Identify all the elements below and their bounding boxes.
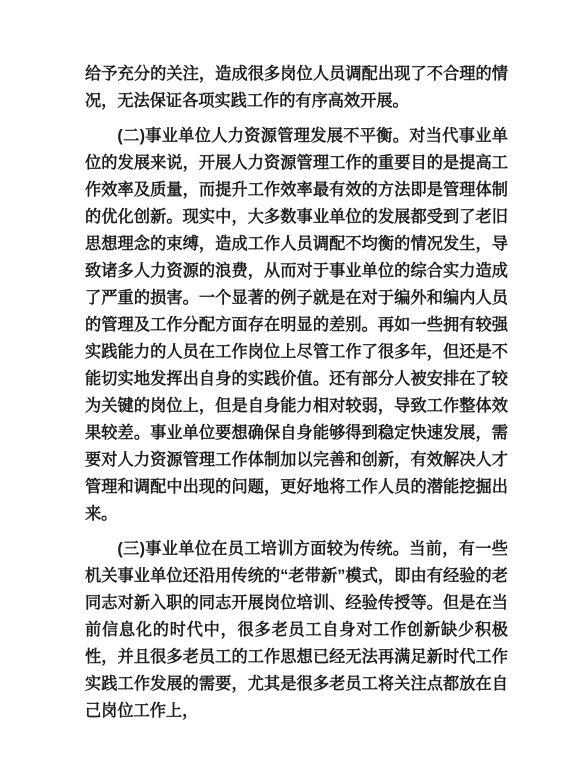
document-text-block: 给予充分的关注，造成很多岗位人员调配出现了不合理的情况，无法保证各项实践工作的有… [85,61,508,733]
paragraph-section-3: (三)事业单位在员工培训方面较为传统。当前，有一些机关事业单位还沿用传统的“老带… [85,536,508,725]
paragraph-continuation: 给予充分的关注，造成很多岗位人员调配出现了不合理的情况，无法保证各项实践工作的有… [85,61,508,115]
paragraph-section-2: (二)事业单位人力资源管理发展不平衡。对当代事业单位的发展来说，开展人力资源管理… [85,123,508,528]
document-page: 给予充分的关注，造成很多岗位人员调配出现了不合理的情况，无法保证各项实践工作的有… [0,0,586,759]
